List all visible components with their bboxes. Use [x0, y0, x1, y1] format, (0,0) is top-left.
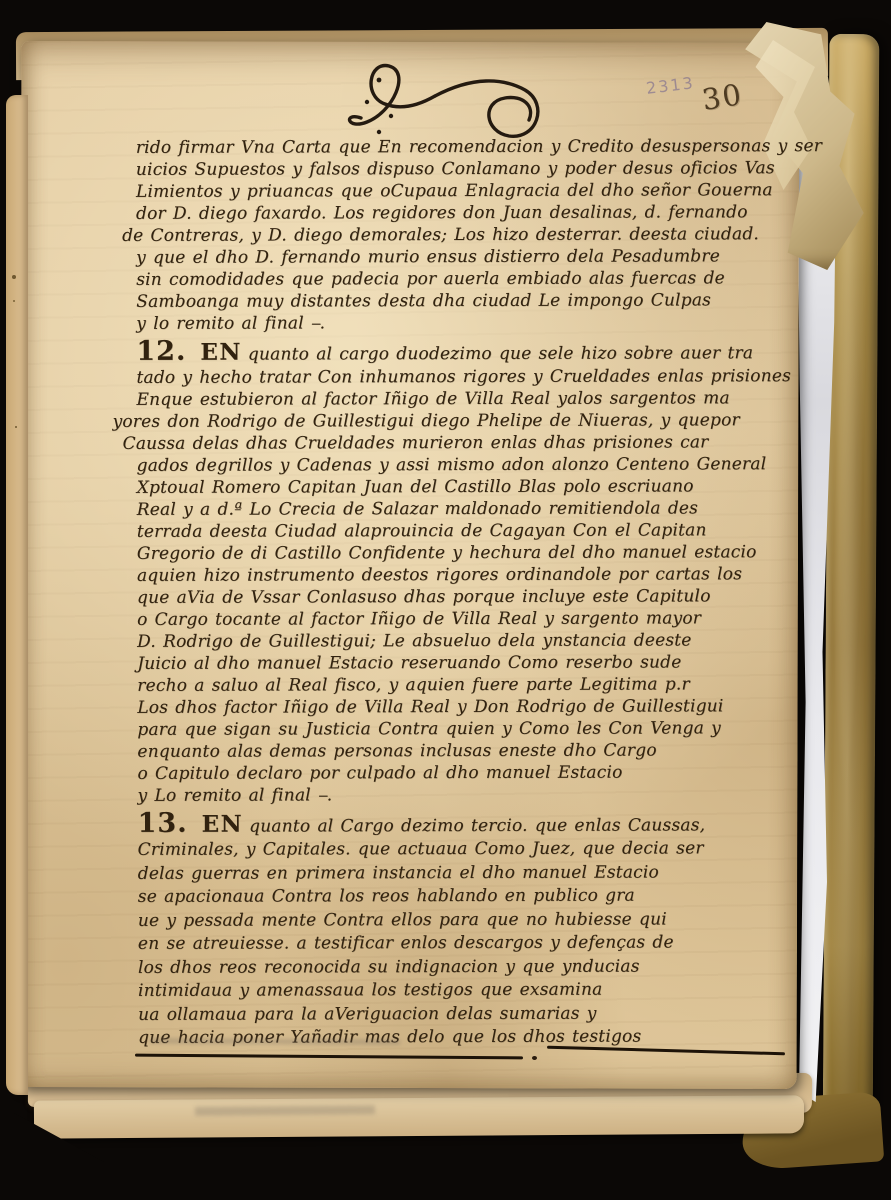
folio-number: 30: [700, 77, 746, 117]
manuscript-line: para que sigan su Justicia Contra quien …: [137, 717, 799, 741]
manuscript-line: quanto al cargo duodezimo que sele hizo …: [248, 341, 753, 366]
manuscript-line: Criminales, y Capitales. que actuaua Com…: [138, 837, 800, 862]
manuscript-line: o Cargo tocante al factor Iñigo de Villa…: [137, 607, 799, 631]
page-stack-edge-bottom-inner: [34, 1095, 804, 1138]
manuscript-line: delas guerras en primera instancia el dh…: [138, 861, 800, 886]
manuscript-line: enquanto alas demas personas inclusas en…: [137, 739, 799, 763]
paragraph-initial: EN: [200, 341, 242, 365]
manuscript-line: gados degrillos y Cadenas y assi mismo a…: [137, 453, 799, 477]
manuscript-line: que hacia poner Yañadir mas delo que los…: [138, 1025, 800, 1050]
manuscript-line: Limientos y priuancas que oCupaua Enlagr…: [136, 179, 798, 203]
manuscript-line: que aVia de Vssar Conlasuso dhas porque …: [137, 585, 799, 609]
manuscript-line: Gregorio de di Castillo Confidente y hec…: [137, 541, 799, 565]
ink-rule-dot: [532, 1056, 537, 1060]
manuscript-line: ua ollamaua para la aVeriguacion delas s…: [138, 1002, 800, 1027]
manuscript-line: y lo remito al final ⎯.: [136, 311, 798, 335]
paragraph-continuation: rido firmar Vna Carta que En recomendaci…: [136, 135, 799, 335]
manuscript-line: Samboanga muy distantes desta dha ciudad…: [136, 289, 798, 313]
manuscript-line: uicios Supuestos y falsos dispuso Conlam…: [136, 157, 798, 181]
manuscript-line: o Capitulo declaro por culpado al dho ma…: [137, 761, 799, 785]
paragraph-number: 12.: [136, 340, 186, 364]
manuscript-line: dor D. diego faxardo. Los regidores don …: [136, 201, 798, 225]
manuscript-line: ue y pessada mente Contra ellos para que…: [138, 908, 800, 933]
manuscript-line: Los dhos factor Iñigo de Villa Real y Do…: [137, 695, 799, 719]
manuscript-line: los dhos reos reconocida su indignacion …: [138, 955, 800, 980]
paragraph-heading: 13. EN quanto al Cargo dezimo tercio. qu…: [138, 810, 800, 839]
manuscript-line: Xptoual Romero Capitan Juan del Castillo…: [137, 475, 799, 499]
manuscript-line: intimidaua y amenassaua los testigos que…: [138, 978, 800, 1003]
manuscript-line: D. Rodrigo de Guillestigui; Le absueluo …: [137, 629, 799, 653]
manuscript-line: y Lo remito al final ⎯.: [138, 783, 800, 807]
manuscript-line: sin comodidades que padecia por auerla e…: [136, 267, 798, 291]
manuscript-photo: 3 2313 30 rido firmar Vna Carta que En r…: [0, 0, 891, 1200]
manuscript-line: se apacionaua Contra los reos hablando e…: [138, 884, 800, 909]
paragraph-heading: 12. EN quanto al cargo duodezimo que sel…: [136, 338, 798, 367]
paragraph-initial: EN: [202, 813, 244, 837]
manuscript-line: Juicio al dho manuel Estacio reseruando …: [137, 651, 799, 675]
manuscript-line: de Contreras, y D. diego demorales; Los …: [122, 223, 798, 247]
manuscript-line: quanto al Cargo dezimo tercio. que enlas…: [249, 813, 705, 838]
manuscript-line: tado y hecho tratar Con inhumanos rigore…: [136, 365, 798, 389]
manuscript-line: rido firmar Vna Carta que En recomendaci…: [136, 135, 798, 159]
paragraph-number: 13.: [138, 812, 188, 836]
paragraph-12: 12. EN quanto al cargo duodezimo que sel…: [136, 338, 799, 807]
manuscript-line: Caussa delas dhas Crueldades murieron en…: [123, 431, 799, 455]
paragraph-13: 13. EN quanto al Cargo dezimo tercio. qu…: [138, 810, 801, 1050]
manuscript-line: terrada deesta Ciudad alaprouincia de Ca…: [137, 519, 799, 543]
manuscript-line: recho a saluo al Real fisco, y aquien fu…: [137, 673, 799, 697]
manuscript-line: Enque estubieron al factor Iñigo de Vill…: [136, 387, 798, 411]
manuscript-line: y que el dho D. fernando murio ensus dis…: [136, 245, 798, 269]
manuscript-line: en se atreuiesse. a testificar enlos des…: [138, 931, 800, 956]
manuscript-line: yores don Rodrigo de Guillestigui diego …: [113, 409, 799, 433]
manuscript-line: aquien hizo instrumento deestos rigores …: [137, 563, 799, 587]
manuscript-text: rido firmar Vna Carta que En recomendaci…: [136, 135, 800, 1050]
manuscript-line: Real y a d.ª Lo Crecia de Salazar maldon…: [137, 497, 799, 521]
bottom-edge-smudge: [195, 1105, 375, 1116]
left-deckle-edge: [6, 95, 28, 1095]
